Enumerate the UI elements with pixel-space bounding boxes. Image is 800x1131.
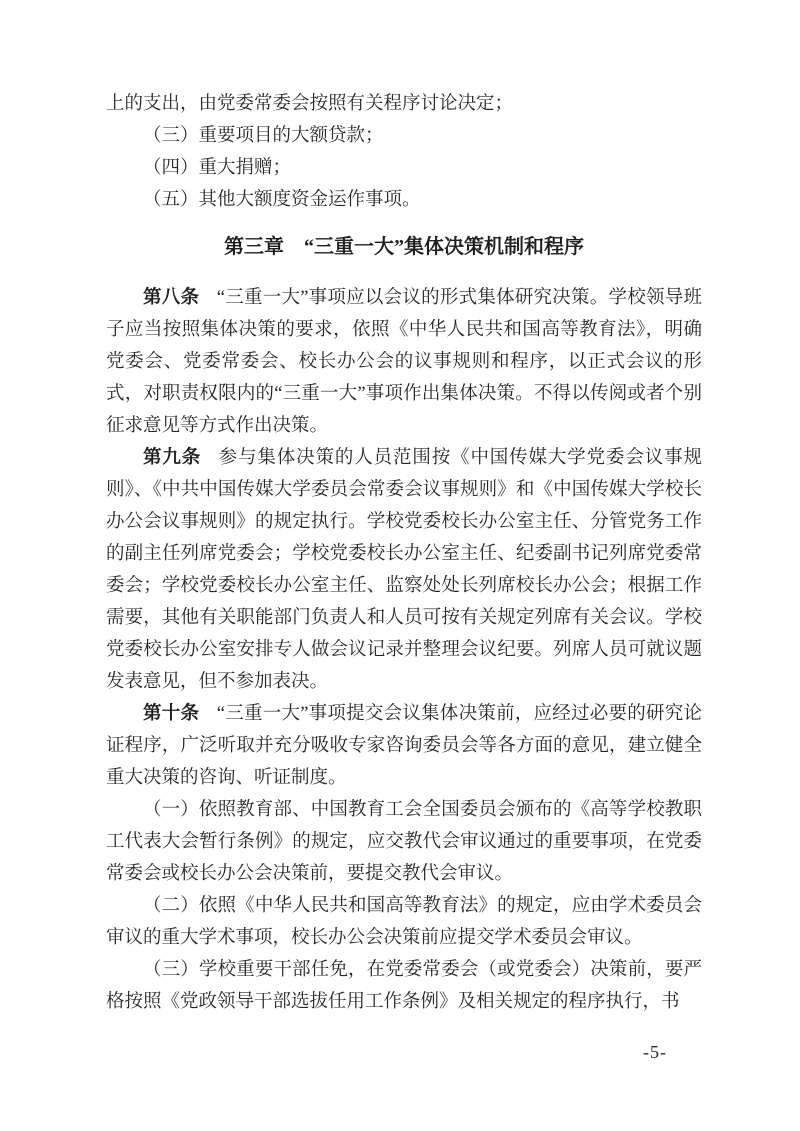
article-10: 第十条“三重一大”事项提交会议集体决策前，应经过必要的研究论证程序，广泛听取并充… [106,698,702,794]
article-10-label: 第十条 [143,704,217,724]
list-item-5: （五）其他大额度资金运作事项。 [106,184,702,216]
page-number: -5- [643,1042,667,1063]
sub-item-3: （三）学校重要干部任免，在党委常委会（或党委会）决策前，要严格按照《党政领导干部… [106,954,702,1018]
article-8-text: “三重一大”事项应以会议的形式集体研究决策。学校领导班子应当按照集体决策的要求，… [106,288,702,436]
article-9: 第九条参与集体决策的人员范围按《中国传媒大学党委会议事规则》、《中共中国传媒大学… [106,442,702,698]
list-item-4: （四）重大捐赠； [106,152,702,184]
article-8: 第八条“三重一大”事项应以会议的形式集体研究决策。学校领导班子应当按照集体决策的… [106,282,702,442]
sub-item-1: （一）依照教育部、中国教育工会全国委员会颁布的《高等学校教职工代表大会暂行条例》… [106,794,702,890]
article-8-label: 第八条 [143,288,217,308]
article-9-label: 第九条 [143,448,219,468]
document-page: 上的支出，由党委常委会按照有关程序讨论决定； （三）重要项目的大额贷款； （四）… [0,0,800,1131]
list-item-3: （三）重要项目的大额贷款； [106,120,702,152]
chapter-heading: 第三章 “三重一大”集体决策机制和程序 [106,231,702,263]
sub-item-2: （二）依照《中华人民共和国高等教育法》的规定，应由学术委员会审议的重大学术事项，… [106,890,702,954]
document-content: 上的支出，由党委常委会按照有关程序讨论决定； （三）重要项目的大额贷款； （四）… [106,88,702,1018]
paragraph-continuation: 上的支出，由党委常委会按照有关程序讨论决定； [106,88,702,120]
article-9-text: 参与集体决策的人员范围按《中国传媒大学党委会议事规则》、《中共中国传媒大学委员会… [106,448,702,692]
